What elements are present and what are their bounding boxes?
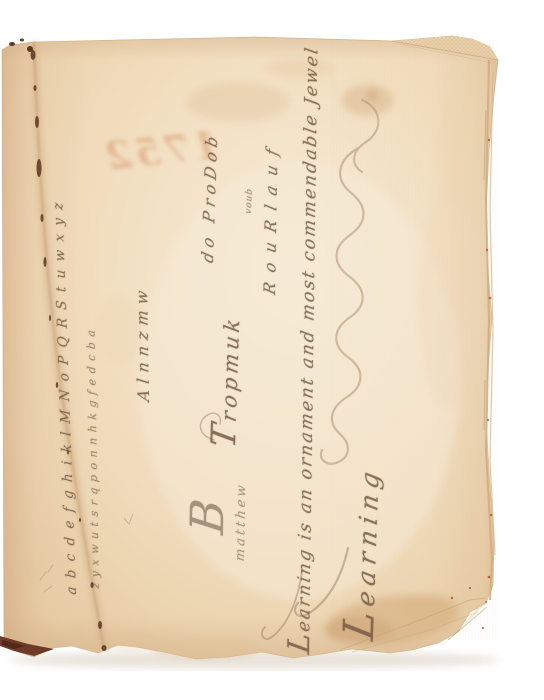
large-initial: B: [180, 496, 234, 536]
practice-word: Learning: [334, 460, 389, 643]
owner-name: matthew: [233, 481, 249, 562]
photo-background: 1752 a b c d e f g h i k l M N o P Q R S…: [0, 0, 544, 700]
flourished-word: Tropmuk: [204, 311, 248, 451]
book-page-photo: [0, 0, 544, 700]
letter-practice-line: Alnnzmw: [132, 283, 153, 402]
scribble-line-2: voub: [244, 187, 255, 215]
scribble-line-3: RouRlauf: [260, 137, 282, 296]
photo-shadow: [10, 651, 500, 669]
